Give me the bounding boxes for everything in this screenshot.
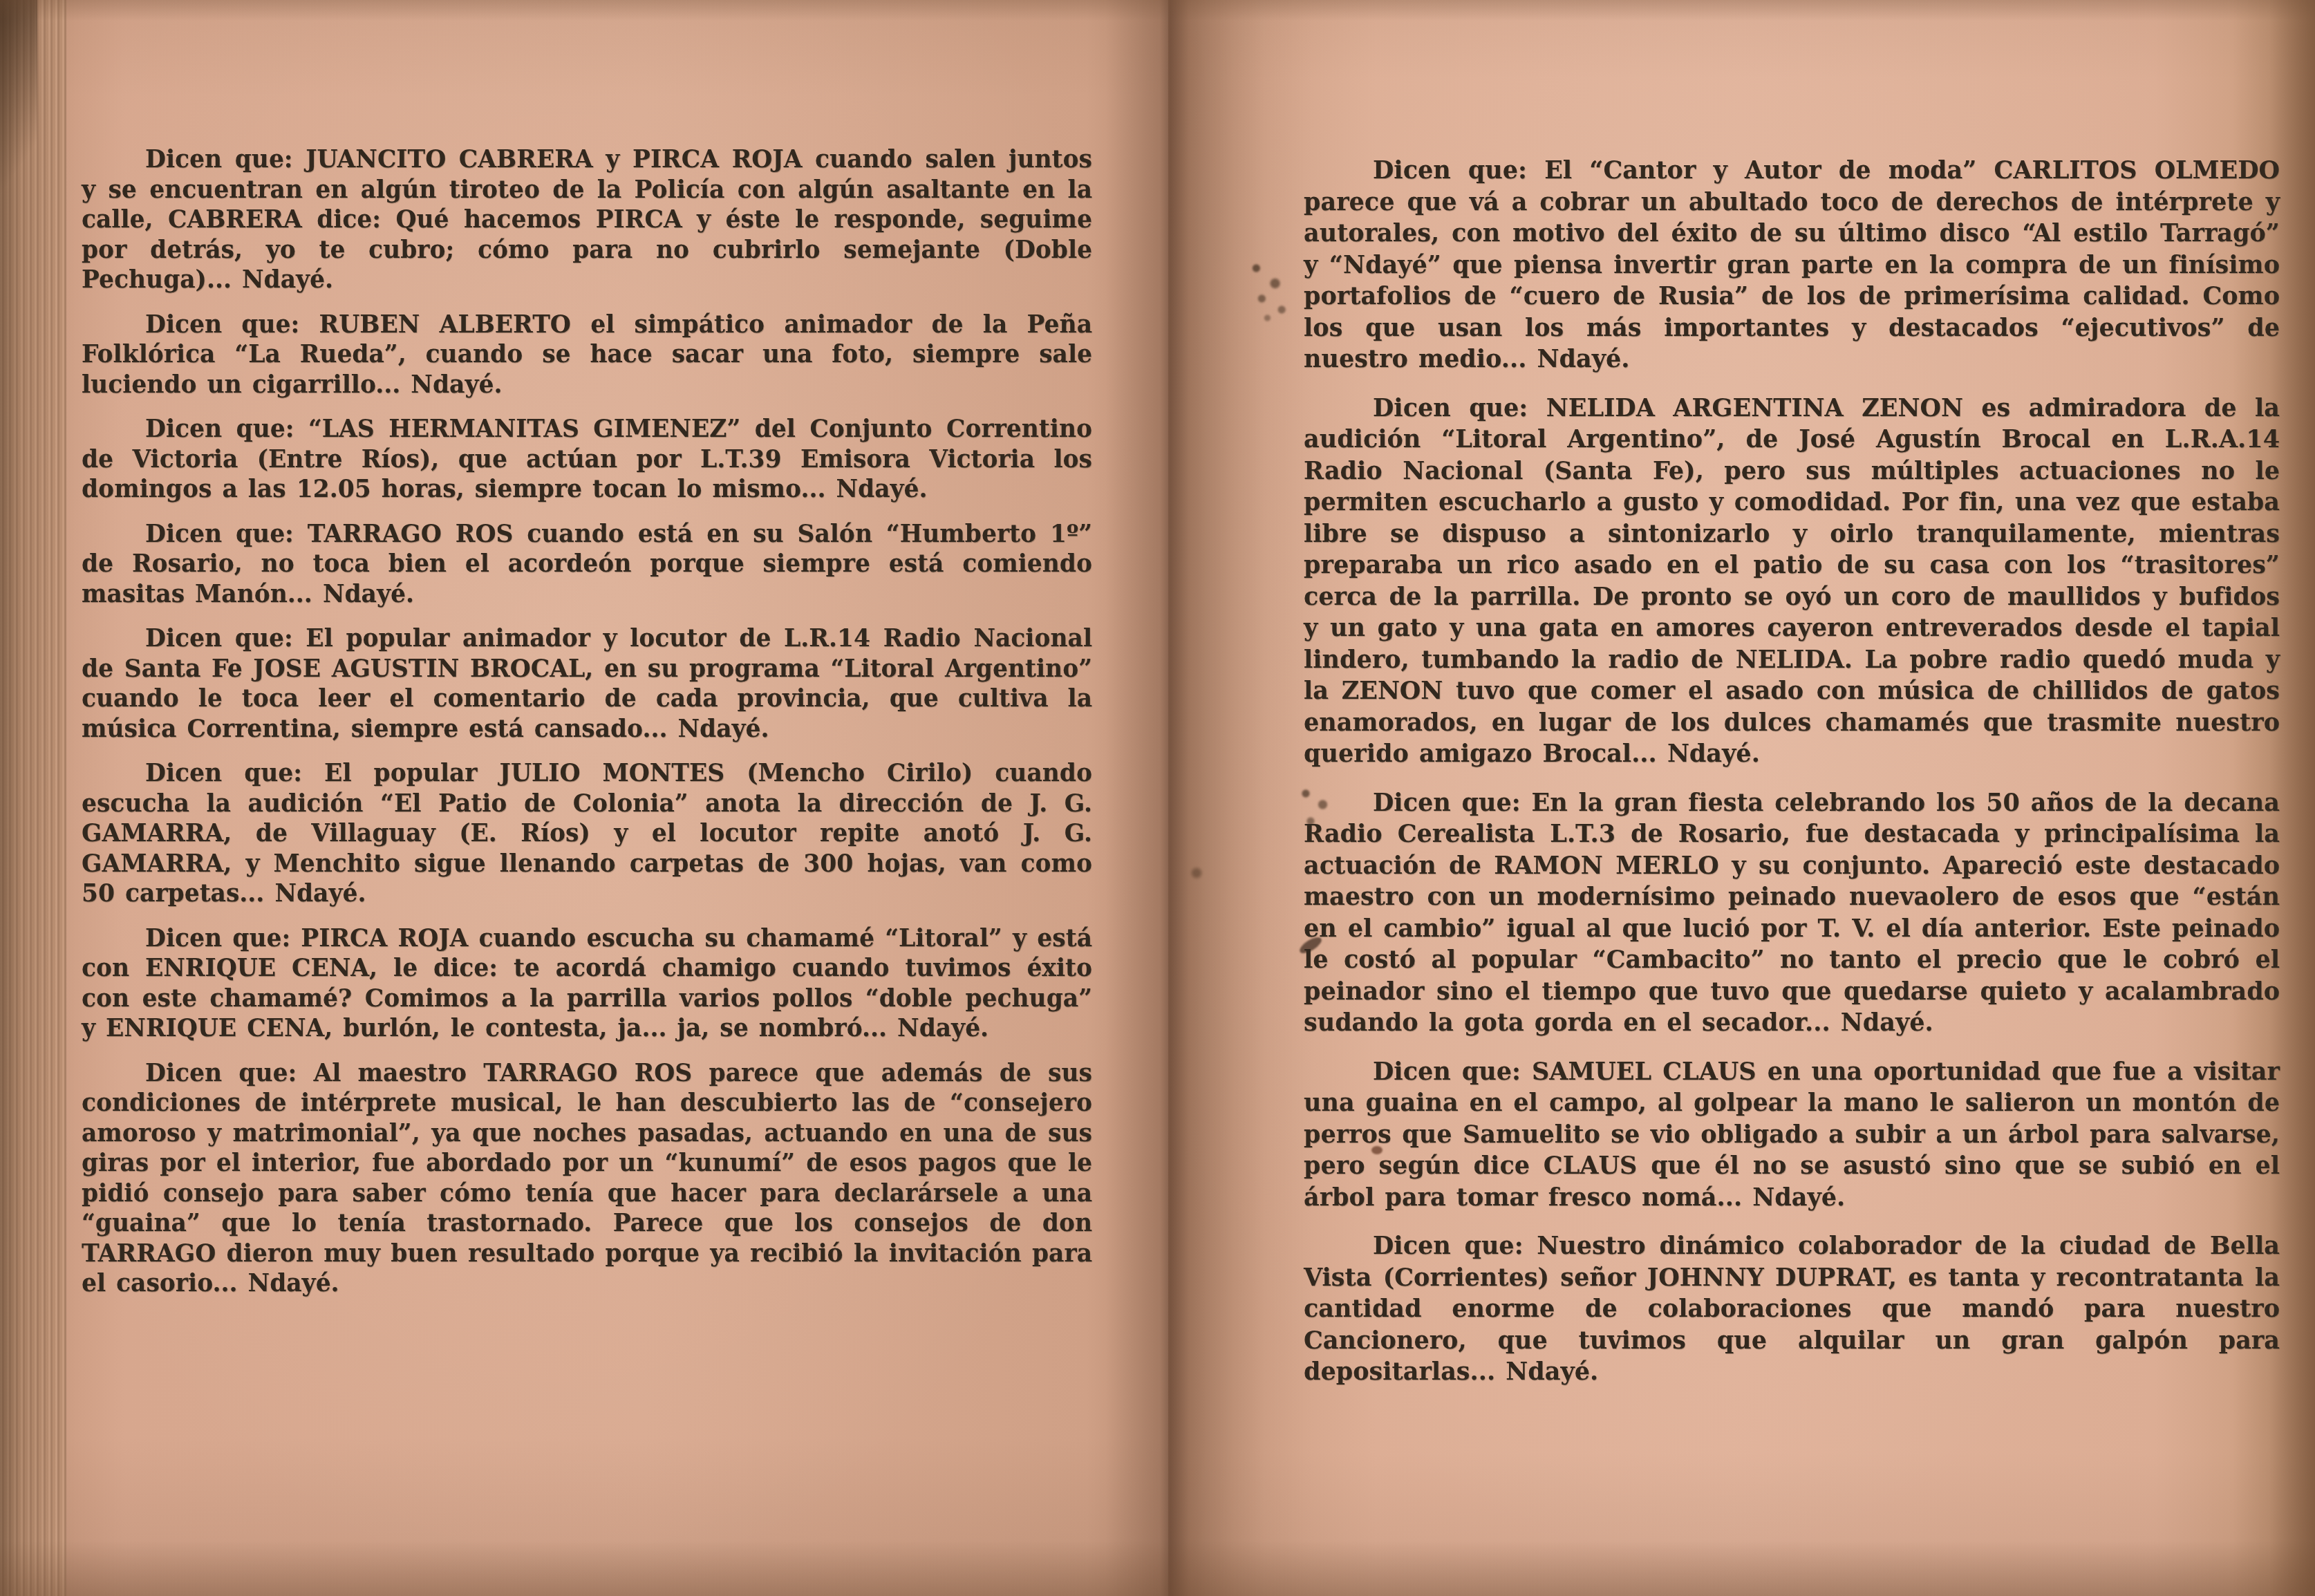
paragraph: Dicen que: TARRAGO ROS cuando está en su… — [82, 520, 1092, 610]
paragraph: Dicen que: El “Cantor y Autor de moda” C… — [1304, 155, 2280, 375]
left-page-text: Dicen que: JUANCITO CABRERA y PIRCA ROJA… — [82, 145, 1092, 1314]
paragraph: Dicen que: “LAS HERMANITAS GIMENEZ” del … — [82, 415, 1092, 505]
paragraph: Dicen que: RUBEN ALBERTO el simpático an… — [82, 310, 1092, 401]
book-spread: Dicen que: JUANCITO CABRERA y PIRCA ROJA… — [0, 0, 2315, 1596]
top-edge-shade — [0, 0, 2315, 21]
gutter-shadow — [1106, 0, 1313, 1596]
paragraph: Dicen que: NELIDA ARGENTINA ZENON es adm… — [1304, 393, 2280, 770]
paragraph: Dicen que: PIRCA ROJA cuando escucha su … — [82, 924, 1092, 1044]
page-edge-stack — [0, 0, 66, 1596]
paragraph: Dicen que: JUANCITO CABRERA y PIRCA ROJA… — [82, 145, 1092, 296]
cover-corner-shadow — [0, 0, 37, 207]
bottom-edge-shade — [0, 1541, 2315, 1596]
paragraph: Dicen que: Nuestro dinámico colaborador … — [1304, 1230, 2280, 1388]
paragraph: Dicen que: El popular animador y locutor… — [82, 624, 1092, 744]
paragraph: Dicen que: SAMUEL CLAUS en una oportunid… — [1304, 1056, 2280, 1214]
paragraph: Dicen que: El popular JULIO MONTES (Menc… — [82, 759, 1092, 910]
paragraph: Dicen que: Al maestro TARRAGO ROS parece… — [82, 1059, 1092, 1299]
paragraph: Dicen que: En la gran fiesta celebrando … — [1304, 787, 2280, 1039]
right-page-text: Dicen que: El “Cantor y Autor de moda” C… — [1304, 155, 2280, 1405]
